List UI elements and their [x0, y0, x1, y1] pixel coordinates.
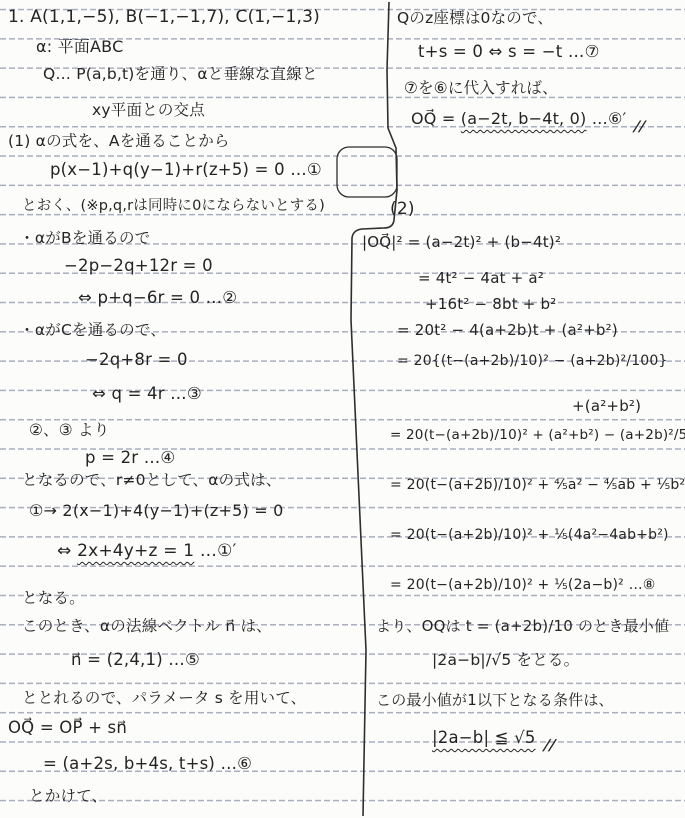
- line-text: p(x−1)+q(y−1)+r(z+5) = 0 …①: [50, 160, 322, 179]
- note-line: −2p−2q+12r = 0: [64, 254, 213, 277]
- note-line: となるので、r≠0として、αの式は、: [22, 470, 281, 492]
- line-text: = 20(t−(a+2b)/10)² + (a²+b²) − (a+2b)²/5: [390, 427, 685, 443]
- line-text: = 20(t−(a+2b)/10)² + ⅘a² − ⅘ab + ⅕b²: [390, 477, 685, 493]
- note-line: = (a+2s, b+4s, t+s) …⑥: [43, 752, 252, 775]
- note-line: = 4t² − 4at + a²: [418, 268, 544, 289]
- note-line: p(x−1)+q(y−1)+r(z+5) = 0 …①: [50, 158, 322, 181]
- note-line: α: 平面ABC: [36, 36, 123, 58]
- line-text: ⇔ p+q−6r = 0 …②: [78, 288, 237, 307]
- line-text: とかけて、: [29, 787, 107, 805]
- line-text: ⑦を⑥に代入すれば、: [404, 79, 558, 97]
- line-text: この最小値が1以下となる条件は、: [376, 691, 614, 709]
- note-line: −2q+8r = 0: [85, 348, 188, 371]
- line-text: となる。: [22, 589, 85, 607]
- note-line: |2a−b|/√5 をとる。: [432, 650, 579, 672]
- note-line: OQ⃗ = OP⃗ + sn⃗: [8, 716, 127, 739]
- line-text: = 20t² − 4(a+2b)t + (a²+b²): [397, 321, 618, 339]
- note-line: = 20(t−(a+2b)/10)² + ⅕(2a−b)² …⑧: [390, 576, 656, 596]
- line-text: このとき、αの法線ベクトル n⃗ は、: [22, 617, 272, 635]
- line-text: Qのz座標は0なので、: [397, 9, 553, 27]
- note-line: = 20(t−(a+2b)/10)² + ⅘a² − ⅘ab + ⅕b²: [390, 476, 685, 496]
- line-text: より、OQは t = (a+2b)/10 のとき最小値: [376, 617, 669, 635]
- line-post-text: …①′: [194, 541, 236, 561]
- line-text: となるので、r≠0として、αの式は、: [22, 471, 281, 489]
- note-line: = 20(t−(a+2b)/10)² + ⅕(4a²−4ab+b²): [390, 526, 669, 546]
- right-column: Qのz座標は0なので、t+s = 0 ⇔ s = −t …⑦⑦を⑥に代入すれば、…: [390, 0, 685, 818]
- line-text: ととれるので、パラメータ s を用いて、: [22, 689, 306, 707]
- line-text: +(a²+b²): [572, 397, 641, 415]
- note-line: |2a−b| ≦ √5//: [432, 726, 555, 749]
- line-text: = (a+2s, b+4s, t+s) …⑥: [43, 754, 252, 773]
- line-pre-text: OQ⃗ =: [411, 109, 461, 128]
- note-line: ⇔ p+q−6r = 0 …②: [78, 286, 237, 309]
- line-text: とおく、(※p,q,rは同時に0にならないとする): [22, 198, 325, 214]
- note-line: となる。: [22, 588, 85, 610]
- note-line: Qのz座標は0なので、: [397, 8, 553, 30]
- line-pre-text: ⇔: [57, 541, 77, 561]
- note-line: = 20t² − 4(a+2b)t + (a²+b²): [397, 320, 618, 341]
- left-column: 1. A(1,1,−5), B(−1,−1,7), C(1,−1,3)α: 平面…: [8, 0, 386, 818]
- end-of-answer-mark: //: [540, 735, 558, 756]
- note-line: = 20(t−(a+2b)/10)² + (a²+b²) − (a+2b)²/5: [390, 426, 685, 445]
- line-text: 1. A(1,1,−5), B(−1,−1,7), C(1,−1,3): [8, 7, 320, 27]
- line-text: ・αがCを通るので、: [19, 321, 166, 339]
- note-line: ⑦を⑥に代入すれば、: [404, 78, 558, 100]
- line-text: ⇔ q = 4r …③: [92, 384, 202, 403]
- line-text: |OQ⃗|² = (a−2t)² + (b−4t)²: [362, 233, 561, 251]
- note-line: とかけて、: [29, 786, 107, 808]
- line-text: p = 2r …④: [85, 448, 175, 467]
- line-text: = 20(t−(a+2b)/10)² + ⅕(4a²−4ab+b²): [390, 527, 669, 543]
- line-text: = 4t² − 4at + a²: [418, 269, 544, 287]
- line-text: OQ⃗ = OP⃗ + sn⃗: [8, 718, 127, 737]
- wavy-underlined-text: |2a−b| ≦ √5: [432, 728, 536, 747]
- note-line: xy平面との交点: [92, 100, 205, 122]
- note-line: (1) αの式を、Aを通ることから: [8, 131, 230, 153]
- note-line: ・αがBを通るので: [19, 228, 150, 250]
- line-text: (2): [390, 199, 415, 219]
- note-line: この最小値が1以下となる条件は、: [376, 690, 614, 711]
- note-line: ①→ 2(x−1)+4(y−1)+(z+5) = 0: [29, 500, 284, 522]
- line-text: (1) αの式を、Aを通ることから: [8, 132, 230, 150]
- note-line: ととれるので、パラメータ s を用いて、: [22, 688, 306, 710]
- note-line: Q… P(a,b,t)を通り、αと垂線な直線と: [43, 64, 318, 86]
- note-line: ⇔ 2x+4y+z = 1 …①′: [57, 540, 237, 564]
- note-line: とおく、(※p,q,rは同時に0にならないとする): [22, 196, 325, 216]
- note-line: n⃗ = (2,4,1) …⑤: [71, 648, 200, 671]
- note-line: ⇔ q = 4r …③: [92, 382, 202, 405]
- line-text: ①→ 2(x−1)+4(y−1)+(z+5) = 0: [29, 501, 284, 520]
- note-line: ・αがCを通るので、: [19, 320, 166, 342]
- note-line: ②、③ より: [29, 420, 109, 442]
- note-line: = 20{(t−(a+2b)/10)² − (a+2b)²/100}: [397, 352, 668, 372]
- note-line: (2): [390, 198, 415, 222]
- note-line: t+s = 0 ⇔ s = −t …⑦: [418, 40, 600, 63]
- note-line: +16t² − 8bt + b²: [425, 294, 556, 315]
- note-line: |OQ⃗|² = (a−2t)² + (b−4t)²: [362, 232, 561, 253]
- note-line: より、OQは t = (a+2b)/10 のとき最小値: [376, 616, 669, 637]
- note-line: このとき、αの法線ベクトル n⃗ は、: [22, 616, 272, 638]
- note-line: 1. A(1,1,−5), B(−1,−1,7), C(1,−1,3): [8, 6, 320, 30]
- line-post-text: …⑥′: [586, 109, 626, 128]
- note-line: +(a²+b²): [572, 396, 641, 417]
- line-text: α: 平面ABC: [36, 37, 123, 56]
- end-of-answer-mark: //: [631, 117, 648, 137]
- line-text: −2q+8r = 0: [85, 350, 188, 369]
- line-text: Q… P(a,b,t)を通り、αと垂線な直線と: [43, 65, 318, 83]
- notebook-page: 1. A(1,1,−5), B(−1,−1,7), C(1,−1,3)α: 平面…: [0, 0, 685, 818]
- line-text: xy平面との交点: [92, 101, 205, 119]
- line-text: +16t² − 8bt + b²: [425, 295, 556, 313]
- note-line: p = 2r …④: [85, 446, 175, 469]
- line-text: = 20(t−(a+2b)/10)² + ⅕(2a−b)² …⑧: [390, 577, 656, 593]
- line-text: n⃗ = (2,4,1) …⑤: [71, 650, 200, 669]
- line-text: −2p−2q+12r = 0: [64, 256, 213, 275]
- note-line: OQ⃗ = (a−2t, b−4t, 0) …⑥′//: [411, 108, 645, 130]
- line-text: |2a−b|/√5 をとる。: [432, 651, 579, 669]
- line-text: = 20{(t−(a+2b)/10)² − (a+2b)²/100}: [397, 353, 668, 369]
- line-text: t+s = 0 ⇔ s = −t …⑦: [418, 42, 600, 61]
- line-text: ②、③ より: [29, 421, 109, 439]
- wavy-underlined-text: 2x+4y+z = 1: [77, 541, 194, 561]
- line-text: ・αがBを通るので: [19, 229, 150, 247]
- wavy-underlined-text: (a−2t, b−4t, 0): [461, 109, 587, 128]
